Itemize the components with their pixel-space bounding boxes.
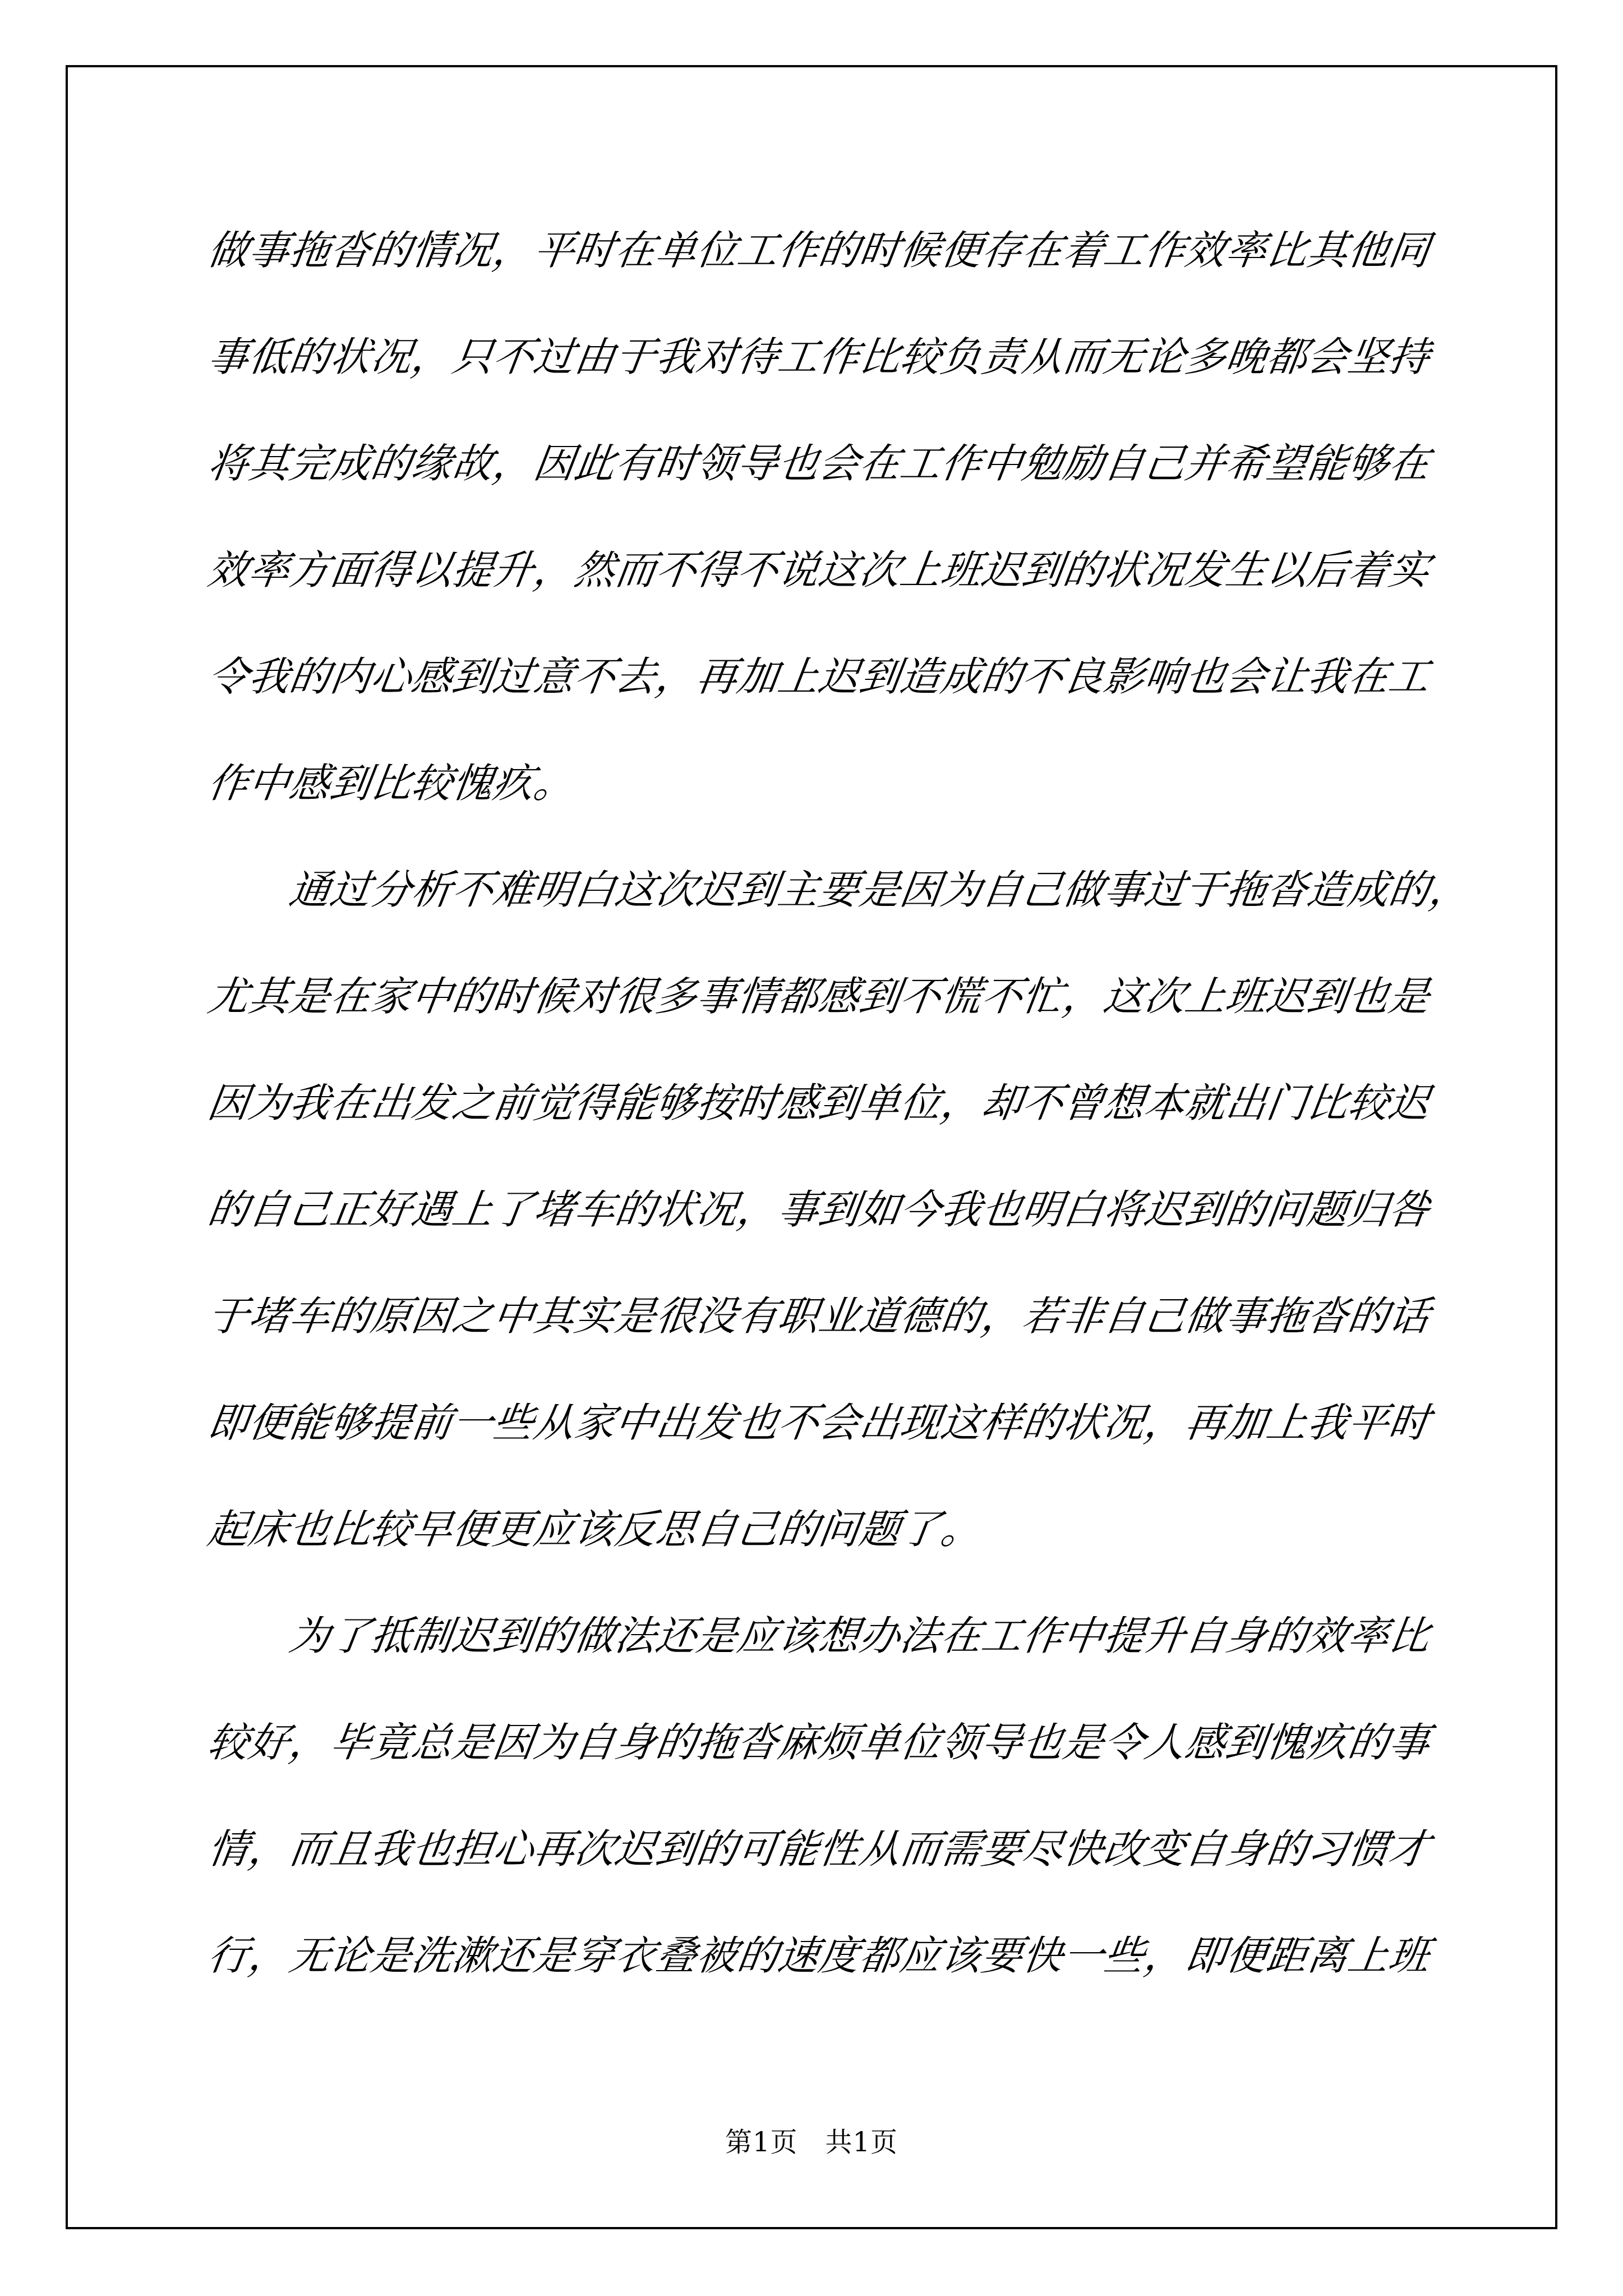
text-line: 于堵车的原因之中其实是很没有职业道德的，若非自己做事拖沓的话 (201, 1263, 1450, 1369)
text-line: 效率方面得以提升，然而不得不说这次上班迟到的状况发生以后着实 (201, 517, 1450, 623)
text-line: 将其完成的缘故，因此有时领导也会在工作中勉励自己并希望能够在 (201, 410, 1450, 517)
text-line: 起床也比较早便更应该反思自己的问题了。 (201, 1476, 1450, 1582)
text-line: 尤其是在家中的时候对很多事情都感到不慌不忙，这次上班迟到也是 (201, 943, 1450, 1050)
page-container: 做事拖沓的情况，平时在单位工作的时候便存在着工作效率比其他同 事低的状况，只不过… (0, 0, 1623, 2296)
text-line: 的自己正好遇上了堵车的状况，事到如今我也明白将迟到的问题归咎 (201, 1156, 1450, 1263)
text-line: 行，无论是洗漱还是穿衣叠被的速度都应该要快一些，即便距离上班 (201, 1902, 1450, 2009)
text-line: 令我的内心感到过意不去，再加上迟到造成的不良影响也会让我在工 (201, 623, 1450, 730)
text-line: 因为我在出发之前觉得能够按时感到单位，却不曾想本就出门比较迟 (201, 1050, 1450, 1156)
text-line: 情，而且我也担心再次迟到的可能性从而需要尽快改变自身的习惯才 (201, 1796, 1450, 1902)
page-footer: 第1页 共1页 (0, 2125, 1623, 2160)
document-text: 做事拖沓的情况，平时在单位工作的时候便存在着工作效率比其他同 事低的状况，只不过… (201, 197, 1435, 2009)
text-line: 事低的状况，只不过由于我对待工作比较负责从而无论多晚都会坚持 (201, 303, 1450, 410)
text-line: 较好，毕竟总是因为自身的拖沓麻烦单位领导也是令人感到愧疚的事 (201, 1689, 1450, 1796)
text-line: 为了抵制迟到的做法还是应该想办法在工作中提升自身的效率比 (201, 1582, 1450, 1689)
text-line: 通过分析不难明白这次迟到主要是因为自己做事过于拖沓造成的， (201, 836, 1450, 943)
text-line: 即便能够提前一些从家中出发也不会出现这样的状况，再加上我平时 (201, 1369, 1450, 1476)
text-line: 作中感到比较愧疚。 (201, 730, 1450, 836)
text-line: 做事拖沓的情况，平时在单位工作的时候便存在着工作效率比其他同 (201, 197, 1450, 303)
